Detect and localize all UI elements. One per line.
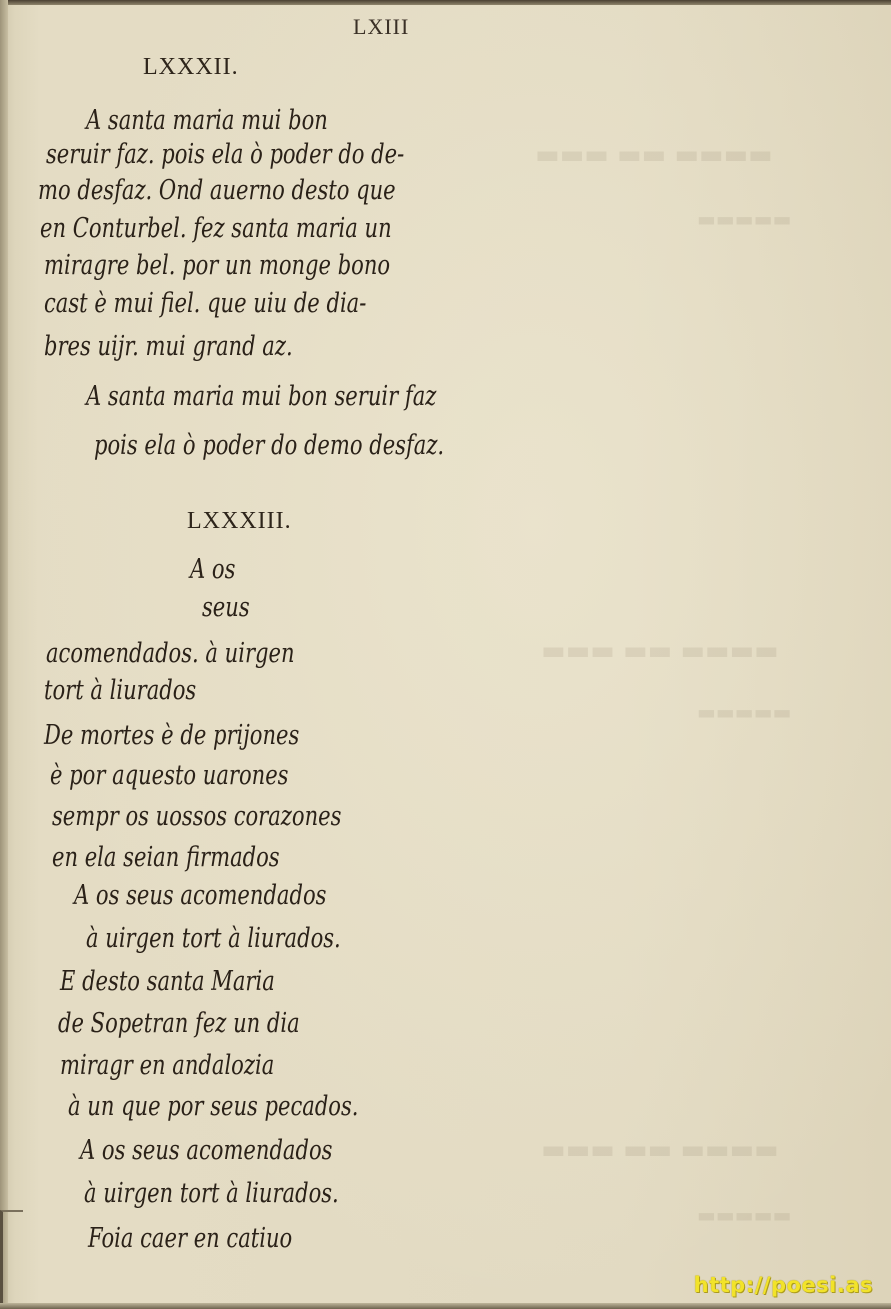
page-bottom-edge [0, 1303, 891, 1309]
verse-line: pois ela ò poder do demo desfaz. [94, 432, 444, 459]
verse-line: sempr os uossos corazones [52, 803, 341, 830]
verse-line: en Conturbel. fez santa maria un [40, 215, 392, 242]
verse-line: en ela seian firmados [52, 844, 280, 871]
manuscript-page: ▬▬▬ ▬▬ ▬▬▬▬ ▬▬▬▬▬ ▬▬▬ ▬▬ ▬▬▬▬ ▬▬▬▬▬ ▬▬▬ … [0, 0, 891, 1309]
verse-line: à uirgen tort à liurados. [86, 925, 341, 952]
folio-number: LXIII [353, 14, 409, 40]
show-through-text: ▬▬▬ ▬▬ ▬▬▬▬ [535, 140, 773, 170]
verse-line: è por aquesto uarones [50, 762, 288, 789]
verse-line: tort à liurados [44, 677, 196, 704]
verse-line: de Sopetran fez un dia [58, 1010, 300, 1037]
verse-line: miragre bel. por un monge bono [44, 252, 390, 279]
verse-line: acomendados. à uirgen [46, 640, 295, 667]
source-watermark-link[interactable]: http://poesi.as [694, 1273, 873, 1297]
verse-line: De mortes è de prijones [44, 722, 299, 749]
binding-thread [0, 1210, 23, 1309]
cantiga-number: LXXXII. [143, 54, 239, 81]
page-top-edge [0, 0, 891, 5]
verse-line: A os seus acomendados [74, 882, 326, 909]
verse-line: à uirgen tort à liurados. [84, 1180, 339, 1207]
verse-line: A os seus acomendados [80, 1137, 332, 1164]
show-through-text: ▬▬▬▬▬ [697, 1203, 791, 1227]
verse-line: Foia caer en catiuo [88, 1225, 292, 1252]
verse-line: mo desfaz. Ond auerno desto que [38, 177, 396, 204]
verse-line: A santa maria mui bon seruir faz [86, 383, 436, 410]
verse-line: bres uijr. mui grand az. [44, 333, 293, 360]
verse-line: miragr en andalozia [60, 1052, 274, 1079]
verse-line: E desto santa Maria [60, 968, 275, 995]
show-through-text: ▬▬▬▬▬ [697, 700, 791, 724]
verse-line: seus [202, 594, 250, 621]
verse-line: A santa maria mui bon [86, 107, 328, 134]
verse-line: seruir faz. pois ela ò poder do de- [46, 141, 404, 168]
show-through-text: ▬▬▬ ▬▬ ▬▬▬▬ [541, 636, 779, 666]
verse-line: cast è mui fiel. que uiu de dia- [44, 290, 366, 317]
show-through-text: ▬▬▬▬▬ [697, 207, 791, 231]
verse-line: à un que por seus pecados. [68, 1093, 359, 1120]
cantiga-number: LXXXIII. [187, 508, 292, 535]
verse-line: A os [190, 556, 235, 583]
page-binding [0, 0, 8, 1309]
show-through-text: ▬▬▬ ▬▬ ▬▬▬▬ [541, 1135, 779, 1165]
